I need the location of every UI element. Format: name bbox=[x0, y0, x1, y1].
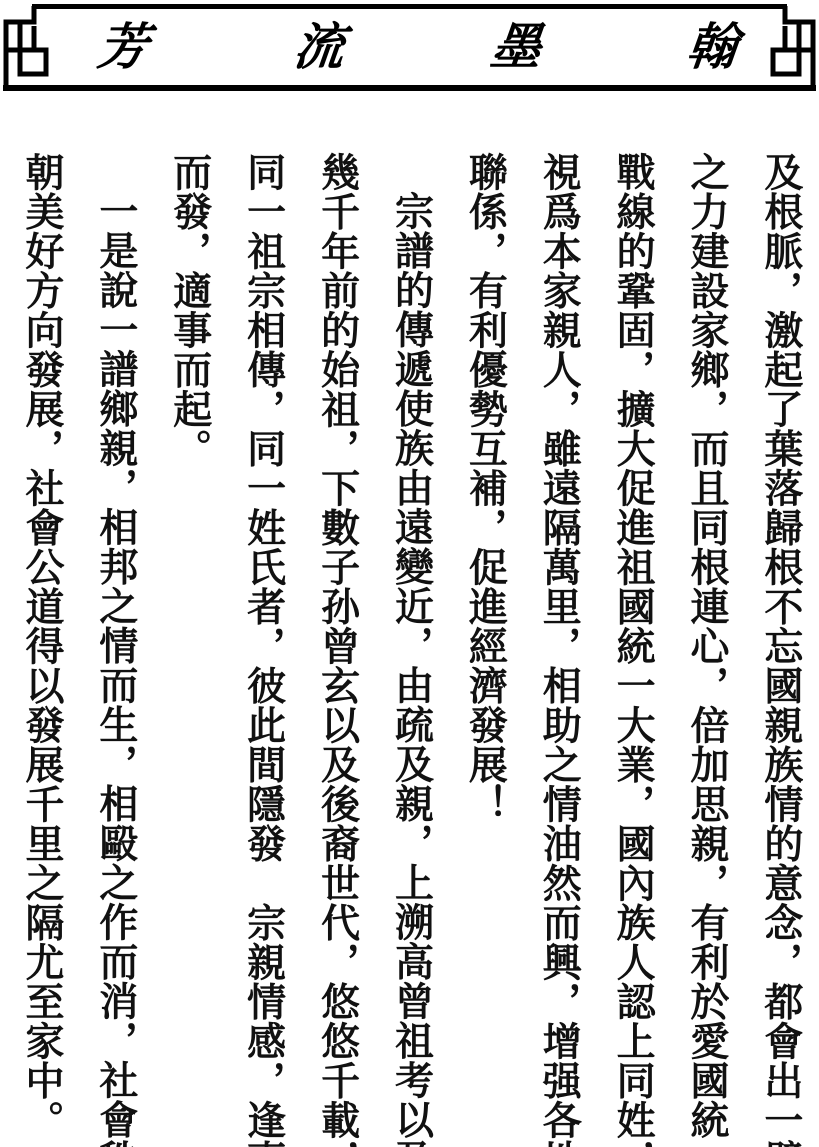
text-column: 幾千年前的始祖，下數子孙曾玄以及後裔世代，悠悠千載， bbox=[310, 152, 366, 1137]
banner-char: 芳 bbox=[95, 22, 150, 72]
text-column: 朝美好方向發展，社會公道得以發展千里之隔尤至家中。 bbox=[14, 152, 70, 1137]
text-column-paragraph-start: 一是說一譜鄉親，相邦之情而生，相毆之作而消，社會秩 bbox=[88, 152, 144, 1137]
banner-char: 翰 bbox=[684, 22, 739, 72]
banner-char: 流 bbox=[292, 22, 347, 72]
text-column-paragraph-start: 宗譜的傳遞使族由遠變近，由疏及親，上溯高曾祖考以及 bbox=[383, 152, 439, 1137]
banner-title: 芳 流 墨 翰 bbox=[60, 14, 759, 80]
text-column: 同一祖宗相傳，同一姓氏者，彼此間隱發 宗親情感，逢事 bbox=[236, 152, 292, 1137]
text-column: 戰線的鞏固，擴大促進祖國統一大業，國內族人認上同姓， bbox=[605, 152, 661, 1137]
text-column: 聯係，有利優勢互補，促進經濟發展！ bbox=[457, 152, 513, 1137]
text-column: 而發，適事而起。 bbox=[162, 152, 218, 1137]
text-column: 及根脈，激起了葉落歸根不忘國親族情的意念，都會出一臂 bbox=[753, 152, 809, 1137]
text-column: 視爲本家親人，雖遠隔萬里，相助之情油然而興，增强各地 bbox=[531, 152, 587, 1137]
banner: 芳 流 墨 翰 bbox=[0, 0, 819, 95]
vertical-text-body: 及根脈，激起了葉落歸根不忘國親族情的意念，都會出一臂 之力建設家鄉，而且同根連心… bbox=[14, 152, 809, 1137]
text-column: 之力建設家鄉，而且同根連心，倍加思親，有利於愛國統一 bbox=[679, 152, 735, 1137]
banner-char: 墨 bbox=[488, 22, 543, 72]
